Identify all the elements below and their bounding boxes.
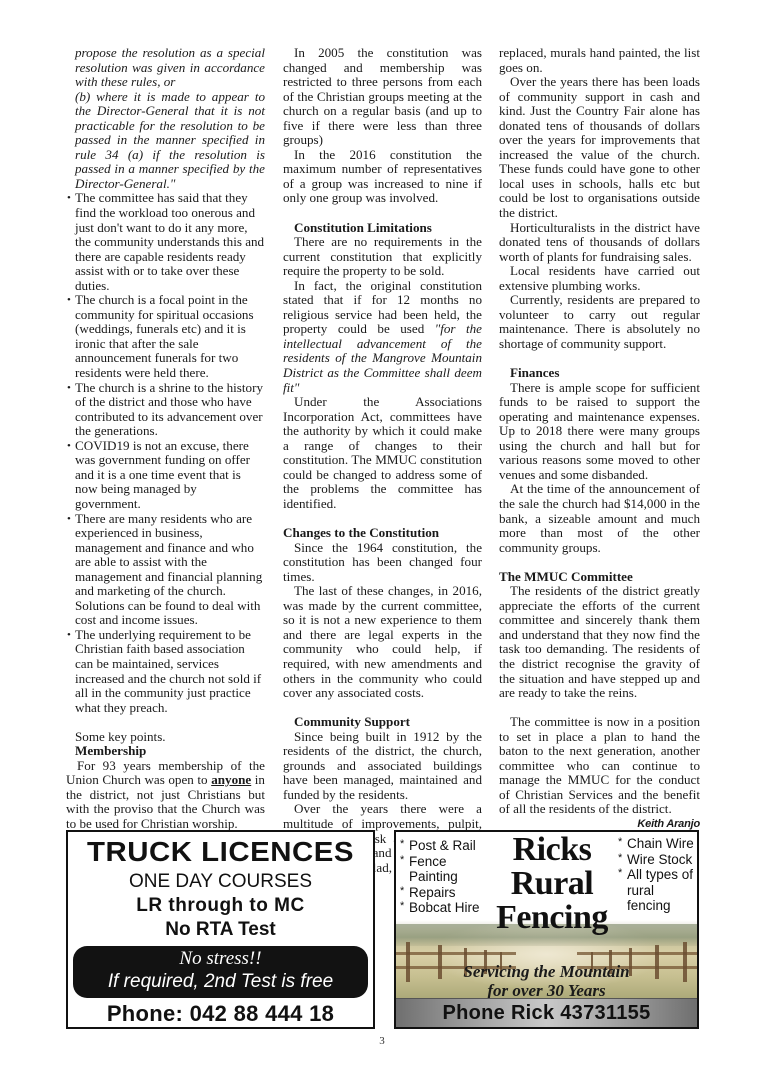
paragraph: Since the 1964 constitution, the constit… <box>283 541 482 585</box>
bullet-list: The committee has said that they find th… <box>75 191 265 715</box>
paragraph: replaced, murals hand painted, the list … <box>499 46 700 75</box>
ad-tagline: Servicing the Mountain for over 30 Years <box>396 962 697 1000</box>
paragraph: Since being built in 1912 by the residen… <box>283 730 482 803</box>
service-item: Wire Stock <box>618 852 699 868</box>
ad-title: TRUCK LICENCES <box>60 836 380 868</box>
paragraph: Currently, residents are prepared to vol… <box>499 293 700 351</box>
brand-name-line: Rural <box>496 866 608 902</box>
emphasis-anyone: anyone <box>211 772 251 787</box>
paragraph: In fact, the original constitution state… <box>283 279 482 395</box>
section-heading-community-support: Community Support <box>283 715 482 730</box>
paragraph: The committee is now in a position to se… <box>499 715 700 817</box>
article-column-2: In 2005 the constitution was changed and… <box>283 46 482 890</box>
key-points-text: Some key points. <box>75 730 265 745</box>
service-item: All types of rural fencing <box>618 867 699 914</box>
membership-paragraph: For 93 years membership of the Union Chu… <box>66 759 265 832</box>
paragraph: The last of these changes, in 2016, was … <box>283 584 482 700</box>
tagline-line: Servicing the Mountain <box>396 962 697 981</box>
brand-name-line: Fencing <box>482 900 622 936</box>
quoted-rule-text-b: (b) where it is made to appear to the Di… <box>75 90 265 192</box>
ad-line: No RTA Test <box>68 918 373 942</box>
section-heading-committee: The MMUC Committee <box>499 570 700 585</box>
ad-banner-line: If required, 2nd Test is free <box>73 970 368 994</box>
paragraph: Horticulturalists in the district have d… <box>499 221 700 265</box>
article-column-1: propose the resolution as a special reso… <box>75 46 265 832</box>
ad-highlight-banner: No stress!! If required, 2nd Test is fre… <box>73 946 368 998</box>
section-heading-changes: Changes to the Constitution <box>283 526 482 541</box>
service-item: Chain Wire <box>618 836 699 852</box>
paragraph: The residents of the district greatly ap… <box>499 584 700 700</box>
ad-phone: Phone: 042 88 444 18 <box>68 1000 373 1028</box>
bullet-item: The committee has said that they find th… <box>75 191 265 293</box>
truck-licences-ad: TRUCK LICENCES ONE DAY COURSES LR throug… <box>66 830 375 1029</box>
article-column-3: replaced, murals hand painted, the list … <box>499 46 700 832</box>
paragraph: There is ample scope for sufficient fund… <box>499 381 700 483</box>
paragraph: In the 2016 constitution the maximum num… <box>283 148 482 206</box>
paragraph: In 2005 the constitution was changed and… <box>283 46 482 148</box>
ad-phone: Phone Rick 43731155 <box>396 998 697 1027</box>
bullet-item: The underlying requirement to be Christi… <box>75 628 265 715</box>
paragraph: Local residents have carried out extensi… <box>499 264 700 293</box>
paragraph: At the time of the announcement of the s… <box>499 482 700 555</box>
ricks-rural-fencing-ad: Post & Rail Fence Painting Repairs Bobca… <box>394 830 699 1029</box>
bullet-item: The church is a shrine to the history of… <box>75 381 265 439</box>
section-heading-limitations: Constitution Limitations <box>283 221 482 236</box>
ad-banner-line: No stress!! <box>73 948 368 970</box>
brand-name-line: Ricks <box>496 832 608 868</box>
service-item: Post & Rail <box>400 838 480 854</box>
membership-heading: Membership <box>75 744 265 759</box>
service-item: Repairs <box>400 885 480 901</box>
service-item: Bobcat Hire <box>400 900 480 916</box>
services-list-right: Chain Wire Wire Stock All types of rural… <box>618 836 699 914</box>
bullet-item: There are many residents who are experie… <box>75 512 265 628</box>
section-heading-finances: Finances <box>499 366 700 381</box>
bullet-item: The church is a focal point in the commu… <box>75 293 265 380</box>
paragraph: Under the Associations Incorporation Act… <box>283 395 482 511</box>
services-list-left: Post & Rail Fence Painting Repairs Bobca… <box>400 838 480 916</box>
ad-line: LR through to MC <box>68 894 373 918</box>
quoted-rule-text: propose the resolution as a special reso… <box>75 46 265 90</box>
paragraph: Over the years there has been loads of c… <box>499 75 700 220</box>
paragraph: There are no requirements in the current… <box>283 235 482 279</box>
service-item: Fence Painting <box>400 854 469 885</box>
bullet-item: COVID19 is not an excuse, there was gove… <box>75 439 265 512</box>
page-number: 3 <box>0 1035 764 1047</box>
ad-line: ONE DAY COURSES <box>68 870 373 894</box>
